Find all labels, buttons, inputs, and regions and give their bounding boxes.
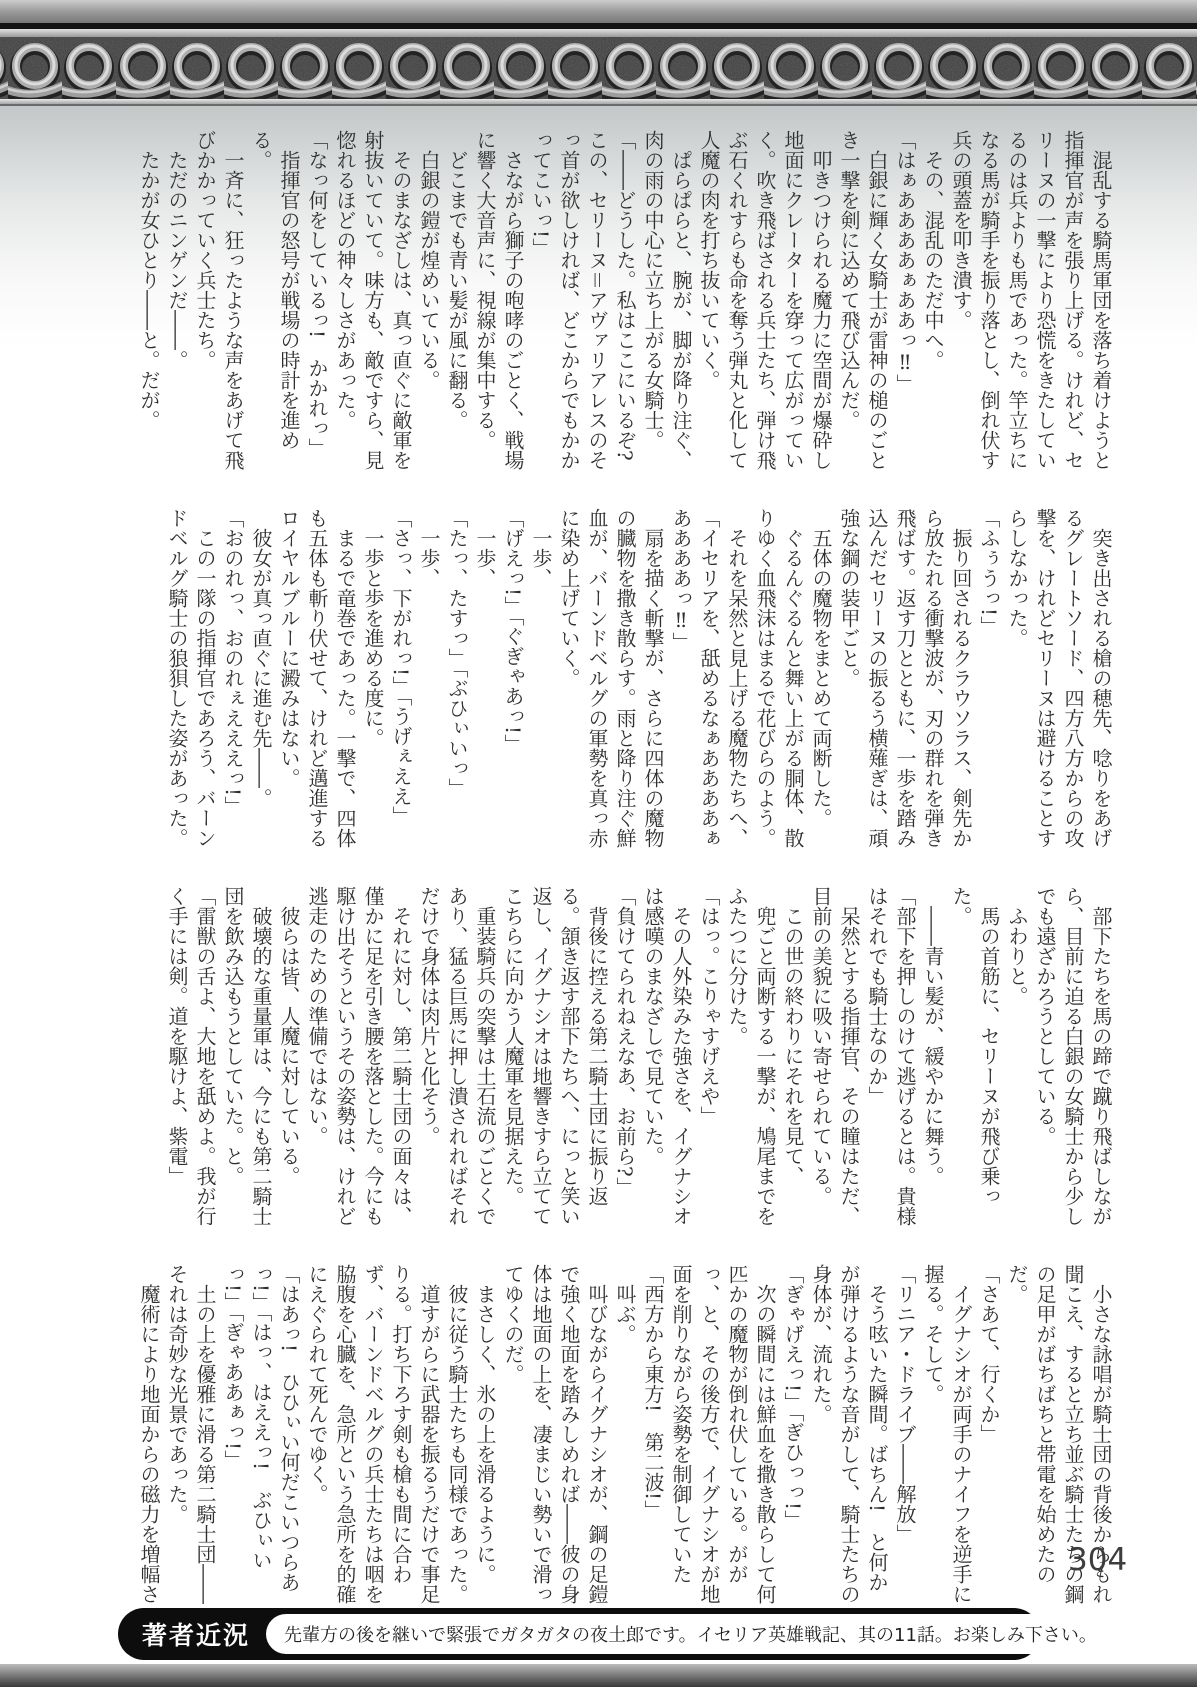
novel-paragraph: 「西方から東方! 第二波!」 (639, 1264, 667, 1606)
novel-paragraph: それを呆然と見上げる魔物たちへ、 (723, 508, 751, 850)
novel-paragraph: 兜ごと両断する一撃が、鳩尾までをふたつに分けた。 (723, 886, 779, 1228)
author-note-text: 先輩方の後を継いで緊張でガタガタの夜土郎です。イセリア英雄戦記、其の11話。お楽… (284, 1621, 1097, 1647)
novel-paragraph: その人外染みた強さを、イグナシオは感嘆のまなざしで見ていた。 (639, 886, 695, 1228)
novel-paragraph: この一隊の指揮官であろう、バーンドベルグ騎士の狼狽した姿があった。 (163, 508, 219, 850)
novel-paragraph: 「なっ何をしているっ! かかれっ」 (303, 130, 331, 472)
novel-paragraph: その、混乱のただ中へ。 (919, 130, 947, 472)
novel-paragraph: 「イセリアを、舐めるなぁああああぁああああっ‼」 (667, 508, 723, 850)
novel-paragraph: ――青い髪が、緩やかに舞う。 (919, 886, 947, 1228)
novel-paragraph: この世の終わりにそれを見て、 (779, 886, 807, 1228)
novel-paragraph: それに対し、第二騎士団の面々は、僅かに足を引き腰を落とした。今にも駆け出そうとい… (303, 886, 415, 1228)
novel-paragraph: 「雷獣の舌よ、大地を舐めよ。我が行く手には剣。道を駆けよ、紫電」 (163, 886, 219, 1228)
text-band-4: 小さな詠唱が騎士団の背後からもれ聞こえ、すると立ち並ぶ騎士たちの鋼の足甲がばちば… (140, 1264, 1115, 1606)
novel-paragraph: 一歩、 (415, 508, 443, 850)
novel-paragraph: 呆然とする指揮官、その瞳はただ、目前の美貌に吸い寄せられている。 (807, 886, 863, 1228)
novel-paragraph: 「げえっ!」「ぐぎゃあっ!」 (499, 508, 527, 850)
novel-paragraph: 「はっ。こりゃすげえや」 (695, 886, 723, 1228)
novel-paragraph: まさしく、氷の上を滑るように。 (471, 1264, 499, 1606)
page-number: 304 (1068, 1542, 1127, 1578)
novel-paragraph: 「――どうした。私はここにいるぞ?この、セリーヌ＝アヴァリアレスのそっ首が欲しけ… (527, 130, 639, 472)
novel-paragraph: 一歩と歩を進める度に。 (359, 508, 387, 850)
novel-paragraph: 部下たちを馬の蹄で蹴り飛ばしながら、目前に迫る白銀の女騎士から少しでも遠ざかろう… (1031, 886, 1115, 1228)
novel-paragraph: 指揮官の怒号が戦場の時計を進める。 (247, 130, 303, 472)
novel-paragraph: 一歩、 (471, 508, 499, 850)
novel-paragraph: 彼に従う騎士たちも同様であった。 (443, 1264, 471, 1606)
novel-page: 混乱する騎馬軍団を落ち着けようと指揮官が声を張り上げる。けれど、セリーヌの一撃に… (0, 0, 1197, 1687)
novel-paragraph: 「たっ、たすっ」「ぶひぃいっ」 (443, 508, 471, 850)
novel-paragraph: 「ふぅうっ!」 (975, 508, 1003, 850)
novel-paragraph: たかが女ひとり――と。だが。 (140, 130, 163, 472)
novel-paragraph: 「部下を押しのけて逃げるとは。貴様はそれでも騎士なのか」 (863, 886, 919, 1228)
text-band-3: 部下たちを馬の蹄で蹴り飛ばしながら、目前に迫る白銀の女騎士から少しでも遠ざかろう… (140, 886, 1115, 1228)
page-bottom-edge (0, 1664, 1197, 1687)
author-note-bar: 著者近況 先輩方の後を継いで緊張でガタガタの夜土郎です。イセリア英雄戦記、其の1… (118, 1608, 1040, 1660)
text-band-2: 突き出される槍の穂先、唸りをあげるグレートソード、四方八方からの攻撃を、けれどセ… (140, 508, 1115, 850)
novel-paragraph: 叫ぶ。 (611, 1264, 639, 1606)
novel-paragraph: 突き出される槍の穂先、唸りをあげるグレートソード、四方八方からの攻撃を、けれどセ… (1003, 508, 1115, 850)
novel-paragraph: 道すがらに武器を振るうだけで事足りる。打ち下ろす剣も槍も間に合わず、バーンドベル… (303, 1264, 443, 1606)
novel-paragraph: 「負けてられねえなあ、お前ら?」 (611, 886, 639, 1228)
novel-paragraph: 叩きつけられる魔力に空間が爆砕し地面にクレーターを穿って広がっていく。吹き飛ばさ… (695, 130, 835, 472)
celtic-knot-pattern (0, 0, 1197, 106)
novel-paragraph: ぐるんぐるんと舞い上がる胴体、散りゆく血飛沫はまるで花びらのよう。 (751, 508, 807, 850)
novel-paragraph: まるで竜巻であった。一撃で、四体も五体も斬り伏せて、けれど邁進するロイヤルブルー… (275, 508, 359, 850)
novel-paragraph: 彼女が真っ直ぐに進む先――。 (247, 508, 275, 850)
novel-paragraph: 背後に控える第二騎士団に振り返る。頷き返す部下たちへ、にっと笑い返し、イグナシオ… (499, 886, 611, 1228)
novel-paragraph: 「はぁああああぁああっ‼」 (891, 130, 919, 472)
novel-paragraph: 「さあて、行くか」 (975, 1264, 1003, 1606)
novel-paragraph: 次の瞬間には鮮血を撒き散らして何匹かの魔物が倒れ伏している。ががっ、と、その後方… (667, 1264, 779, 1606)
novel-paragraph: さながら獅子の咆哮のごとく、戦場に響く大音声に、視線が集中する。 (471, 130, 527, 472)
novel-paragraph: 「リニア・ドライブ――解放」 (891, 1264, 919, 1606)
novel-paragraph: 白銀に輝く女騎士が雷神の槌のごとき一撃を剣に込めて飛び込んだ。 (835, 130, 891, 472)
novel-paragraph: ぱらぱらと、腕が、脚が降り注ぐ、肉の雨の中心に立ち上がる女騎士。 (639, 130, 695, 472)
novel-paragraph: そう呟いた瞬間。ばちん! と何かが弾けるような音がして、騎士たちの身体が、流れた… (807, 1264, 891, 1606)
novel-paragraph: 一斉に、狂ったような声をあげて飛びかかっていく兵士たち。 (191, 130, 247, 472)
novel-paragraph: 一歩、 (527, 508, 555, 850)
novel-paragraph: 彼らは皆、人魔に対している。 (275, 886, 303, 1228)
novel-paragraph: 扇を描く斬撃が、さらに四体の魔物の臓物を撒き散らす。雨と降り注ぐ鮮血が、バーンド… (555, 508, 667, 850)
novel-text-area: 混乱する騎馬軍団を落ち着けようと指揮官が声を張り上げる。けれど、セリーヌの一撃に… (140, 130, 1115, 1642)
novel-paragraph: 土の上を優雅に滑る第二騎士団――それは奇妙な光景であった。 (163, 1264, 219, 1606)
novel-paragraph: そのまなざしは、真っ直ぐに敵軍を射抜いていて。味方も、敵ですら、見惚れるほどの神… (331, 130, 415, 472)
novel-paragraph: 混乱する騎馬軍団を落ち着けようと指揮官が声を張り上げる。けれど、セリーヌの一撃に… (947, 130, 1115, 472)
novel-paragraph: ただのニンゲンだ――。 (163, 130, 191, 472)
novel-paragraph: 「おのれっ、おのれぇえええっ!」 (219, 508, 247, 850)
novel-paragraph: 「さっ、下がれっ!」「うげぇええ」 (387, 508, 415, 850)
novel-paragraph: 振り回されるクラウソラス、剣先から放たれる衝撃波が、刃の群れを弾き飛ばす。返す刀… (835, 508, 975, 850)
novel-paragraph: 魔術により地面からの磁力を増幅さ (140, 1264, 163, 1606)
text-band-1: 混乱する騎馬軍団を落ち着けようと指揮官が声を張り上げる。けれど、セリーヌの一撃に… (140, 130, 1115, 472)
novel-paragraph: ふわりと。 (1003, 886, 1031, 1228)
novel-paragraph: 「ぎゃげえっ!」「ぎひっっ!」 (779, 1264, 807, 1606)
author-note-box: 先輩方の後を継いで緊張でガタガタの夜土郎です。イセリア英雄戦記、其の11話。お楽… (266, 1614, 1115, 1654)
novel-paragraph: どこまでも青い髪が風に翻る。 (443, 130, 471, 472)
novel-paragraph: 「はあっ! ひひぃい何だこいつらあっ!」「はっ、はええっ! ぶひぃいっ!」「ぎゃ… (219, 1264, 303, 1606)
author-note-label: 著者近況 (118, 1616, 266, 1652)
novel-paragraph: 馬の首筋に、セリーヌが飛び乗った。 (947, 886, 1003, 1228)
novel-paragraph: 破壊的な重量軍は、今にも第二騎士団を飲み込もうとしていた。と。 (219, 886, 275, 1228)
novel-paragraph: 白銀の鎧が煌めいている。 (415, 130, 443, 472)
celtic-knot-border (0, 0, 1197, 106)
novel-paragraph: 五体の魔物をまとめて両断した。 (807, 508, 835, 850)
novel-paragraph: 叫びながらイグナシオが、鋼の足鎧で強く地面を踏みしめれば――彼の身体は地面の上を… (499, 1264, 611, 1606)
novel-paragraph: イグナシオが両手のナイフを逆手に握る。そして。 (919, 1264, 975, 1606)
novel-paragraph: 重装騎兵の突撃は土石流のごとくであり、猛る巨馬に押し潰されればそれだけで身体は肉… (415, 886, 499, 1228)
